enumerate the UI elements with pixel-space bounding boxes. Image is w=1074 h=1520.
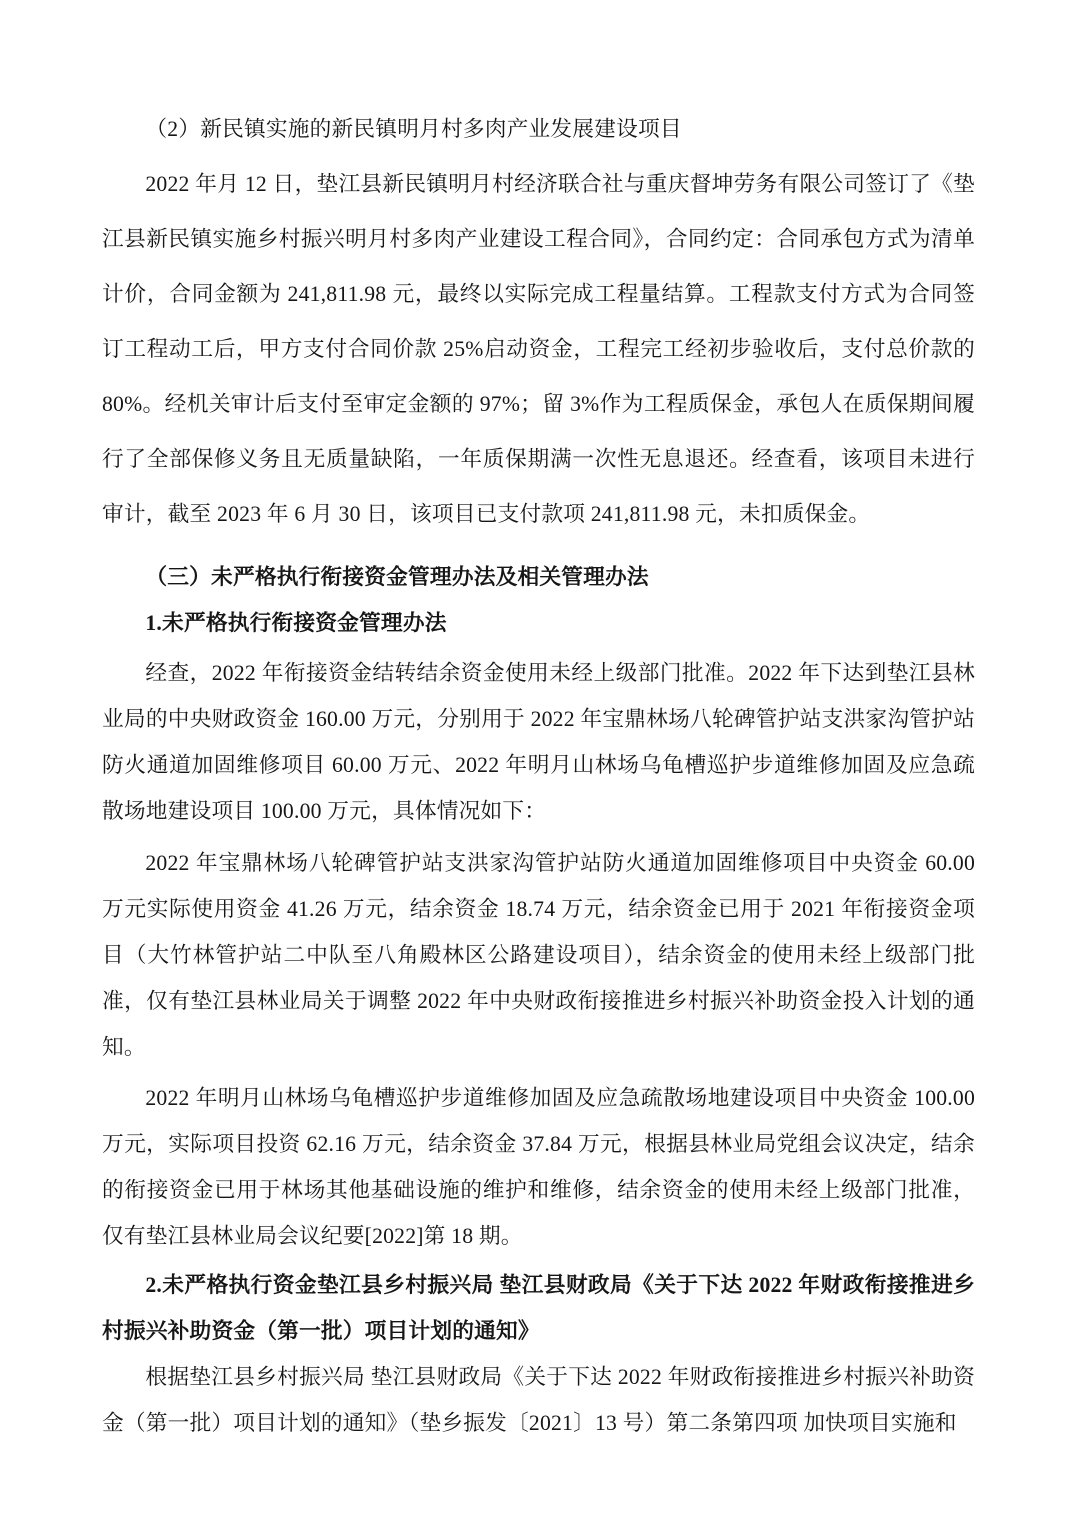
paragraph-mingyueshan-project: 2022 年明月山林场乌龟槽巡护步道维修加固及应急疏散场地建设项目中央资金 10… bbox=[102, 1075, 975, 1259]
subsection-heading-2: 2.未严格执行资金垫江县乡村振兴局 垫江县财政局《关于下达 2022 年财政衔接… bbox=[102, 1262, 975, 1354]
paragraph-funds-overview: 经查，2022 年衔接资金结转结余资金使用未经上级部门批准。2022 年下达到垫… bbox=[102, 650, 975, 834]
section-heading-three: （三）未严格执行衔接资金管理办法及相关管理办法 bbox=[102, 554, 975, 600]
subsection-heading-1: 1.未严格执行衔接资金管理办法 bbox=[102, 600, 975, 646]
paragraph-baoding-forest-project: 2022 年宝鼎林场八轮碑管护站支洪家沟管护站防火通道加固维修项目中央资金 60… bbox=[102, 840, 975, 1070]
subitem-heading-succulent-project: （2）新民镇实施的新民镇明月村多肉产业发展建设项目 bbox=[102, 102, 975, 157]
paragraph-contract-details: 2022 年月 12 日，垫江县新民镇明月村经济联合社与重庆督坤劳务有限公司签订… bbox=[102, 157, 975, 542]
document-page: （2）新民镇实施的新民镇明月村多肉产业发展建设项目 2022 年月 12 日，垫… bbox=[0, 0, 1074, 1520]
paragraph-notice-basis: 根据垫江县乡村振兴局 垫江县财政局《关于下达 2022 年财政衔接推进乡村振兴补… bbox=[102, 1354, 975, 1446]
